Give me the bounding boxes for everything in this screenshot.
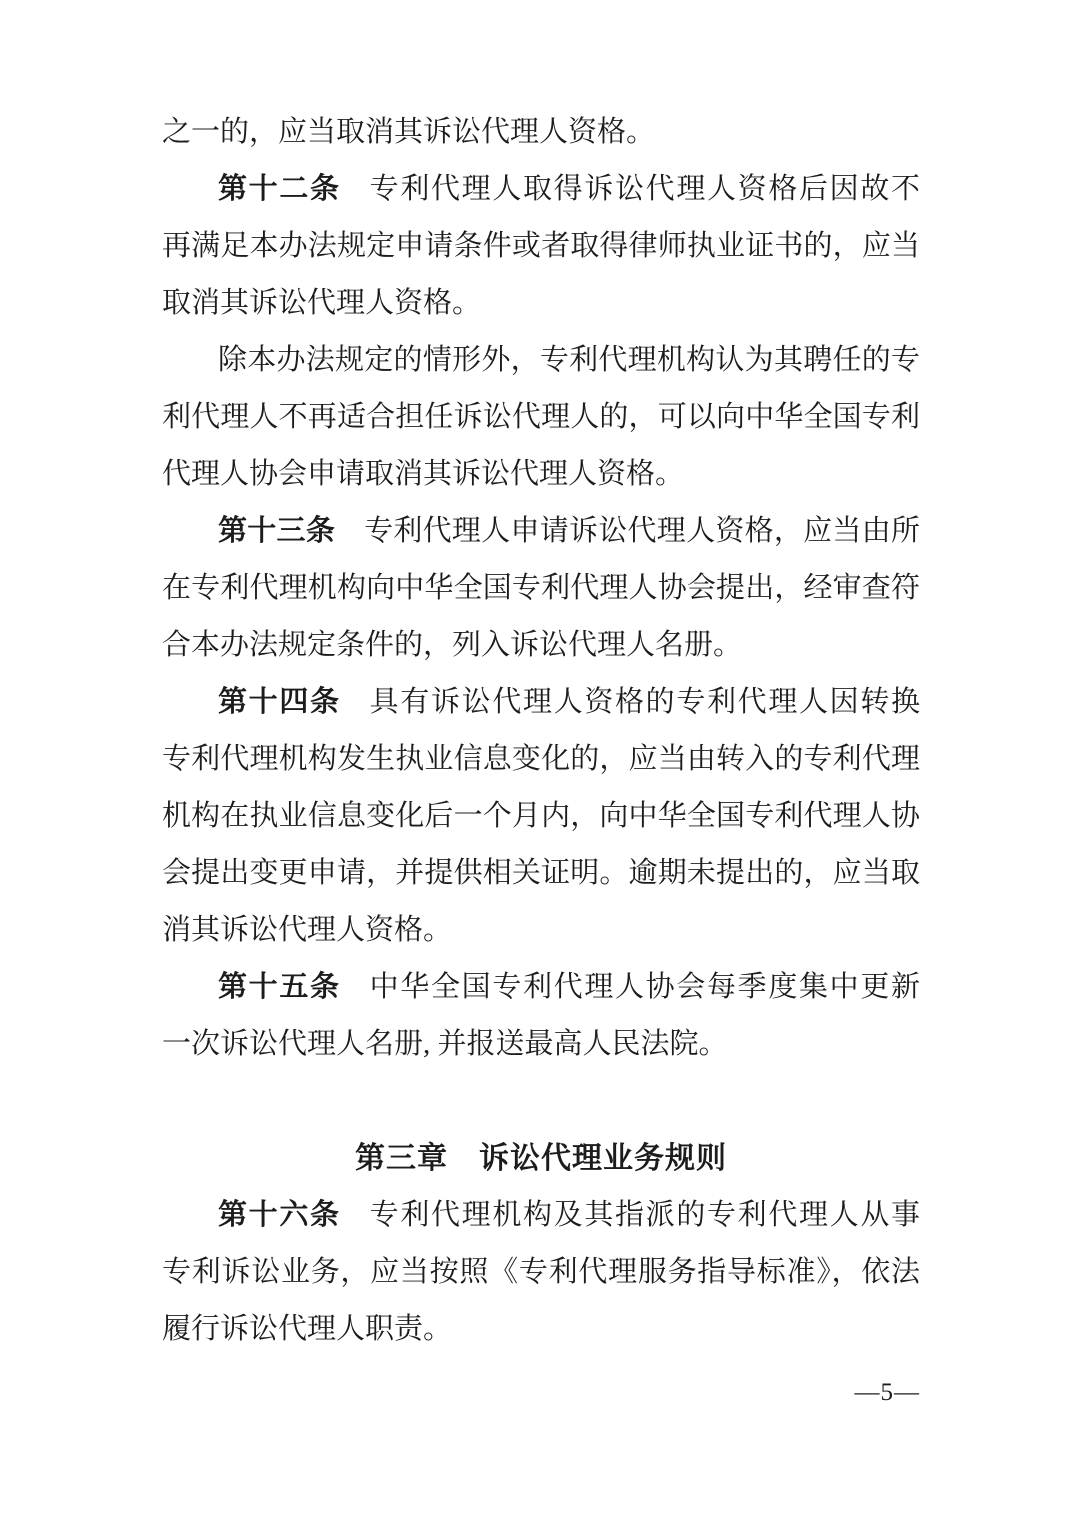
text-line: 第十三条专利代理人申请诉讼代理人资格，应当由所 xyxy=(162,503,920,560)
text-line: 机构在执业信息变化后一个月内，向中华全国专利代理人协 xyxy=(162,788,920,845)
text-line: 消其诉讼代理人资格。 xyxy=(162,902,920,959)
blank-line xyxy=(162,1073,920,1130)
text-line: 履行诉讼代理人职责。 xyxy=(162,1301,920,1358)
text-line: 第十五条中华全国专利代理人协会每季度集中更新 xyxy=(162,959,920,1016)
page-number: —5— xyxy=(855,1378,921,1408)
text-line: 专利诉讼业务，应当按照《专利代理服务指导标准》，依法 xyxy=(162,1244,920,1301)
text-line: 专利代理机构发生执业信息变化的，应当由转入的专利代理 xyxy=(162,731,920,788)
text-line: 利代理人不再适合担任诉讼代理人的，可以向中华全国专利 xyxy=(162,389,920,446)
chapter-heading: 第三章 诉讼代理业务规则 xyxy=(162,1130,920,1187)
text-line: 第十六条专利代理机构及其指派的专利代理人从事 xyxy=(162,1187,920,1244)
article-number: 第十三条 xyxy=(218,515,335,547)
document-page: 之一的，应当取消其诉讼代理人资格。第十二条专利代理人取得诉讼代理人资格后因故不再… xyxy=(0,0,1080,1526)
text-line: 合本办法规定条件的，列入诉讼代理人名册。 xyxy=(162,617,920,674)
text-line: 一次诉讼代理人名册, 并报送最高人民法院。 xyxy=(162,1016,920,1073)
text-line: 会提出变更申请，并提供相关证明。逾期未提出的，应当取 xyxy=(162,845,920,902)
text-line: 取消其诉讼代理人资格。 xyxy=(162,275,920,332)
text-line: 之一的，应当取消其诉讼代理人资格。 xyxy=(162,104,920,161)
article-number: 第十六条 xyxy=(218,1199,341,1231)
text-line: 代理人协会申请取消其诉讼代理人资格。 xyxy=(162,446,920,503)
text-line: 在专利代理机构向中华全国专利代理人协会提出，经审查符 xyxy=(162,560,920,617)
article-number: 第十二条 xyxy=(218,173,341,205)
text-line: 再满足本办法规定申请条件或者取得律师执业证书的，应当 xyxy=(162,218,920,275)
article-number: 第十四条 xyxy=(218,686,341,718)
article-number: 第十五条 xyxy=(218,971,341,1003)
text-line: 第十二条专利代理人取得诉讼代理人资格后因故不 xyxy=(162,161,920,218)
text-line: 第十四条具有诉讼代理人资格的专利代理人因转换 xyxy=(162,674,920,731)
document-body: 之一的，应当取消其诉讼代理人资格。第十二条专利代理人取得诉讼代理人资格后因故不再… xyxy=(162,104,920,1358)
text-line: 除本办法规定的情形外，专利代理机构认为其聘任的专 xyxy=(162,332,920,389)
